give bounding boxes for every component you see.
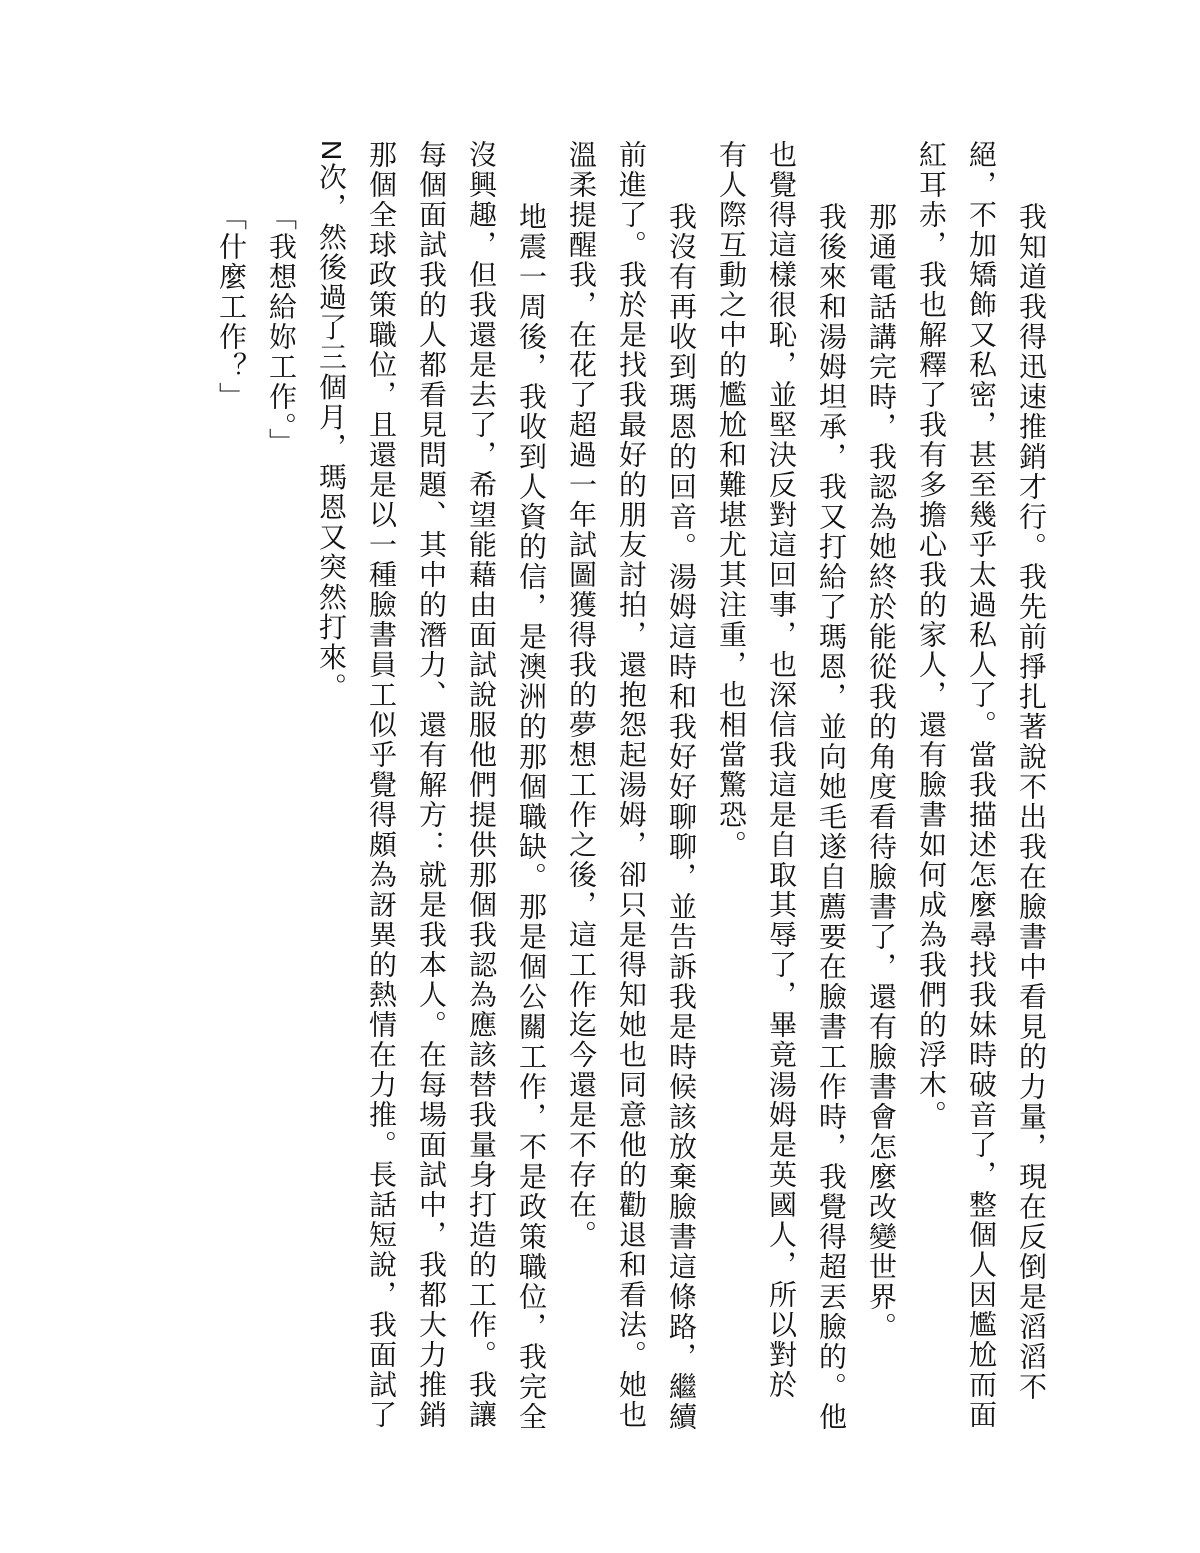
text-column: 「什麼工作？」 <box>206 140 256 1450</box>
text-column: 我知道我得迅速推銷才行。我先前掙扎著說不出我在臉書中看見的力量，現在反倒是滔滔不 <box>1006 140 1056 1450</box>
text-column: 也覺得這樣很恥，並堅決反對這回事，也深信我這是自取其辱了，畢竟湯姆是英國人，所以… <box>756 140 806 1450</box>
book-page: 我知道我得迅速推銷才行。我先前掙扎著說不出我在臉書中看見的力量，現在反倒是滔滔不… <box>0 0 1200 1553</box>
text-column: 我沒有再收到瑪恩的回音。湯姆這時和我好好聊聊，並告訴我是時候該放棄臉書這條路，繼… <box>656 140 706 1450</box>
page-text: 我知道我得迅速推銷才行。我先前掙扎著說不出我在臉書中看見的力量，現在反倒是滔滔不… <box>206 140 1056 1450</box>
text-column: 前進了。我於是找我最好的朋友討拍，還抱怨起湯姆，卻只是得知她也同意他的勸退和看法… <box>606 140 656 1450</box>
text-column: 每個面試我的人都看見問題、其中的潛力、還有解方：就是我本人。在每場面試中，我都大… <box>406 140 456 1450</box>
text-column: 紅耳赤，我也解釋了我有多擔心我的家人，還有臉書如何成為我們的浮木。 <box>906 140 956 1450</box>
text-column: 絕，不加矯飾又私密，甚至幾乎太過私人了。當我描述怎麼尋找我妹時破音了，整個人因尷… <box>956 140 1006 1450</box>
text-column: 「我想給妳工作。」 <box>256 140 306 1450</box>
text-column: 那個全球政策職位，且還是以一種臉書員工似乎覺得頗為訝異的熱情在力推。長話短說，我… <box>356 140 406 1450</box>
text-column: 地震一周後，我收到人資的信，是澳洲的那個職缺。那是個公關工作，不是政策職位，我完… <box>506 140 556 1450</box>
text-column: 沒興趣，但我還是去了，希望能藉由面試說服他們提供那個我認為應該替我量身打造的工作… <box>456 140 506 1450</box>
text-column: N次，然後過了三個月，瑪恩又突然打來。 <box>306 140 356 1450</box>
text-column: 溫柔提醒我，在花了超過一年試圖獲得我的夢想工作之後，這工作迄今還是不存在。 <box>556 140 606 1450</box>
text-column: 那通電話講完時，我認為她終於能從我的角度看待臉書了，還有臉書會怎麼改變世界。 <box>856 140 906 1450</box>
text-column: 有人際互動之中的尷尬和難堪尤其注重，也相當驚恐。 <box>706 140 756 1450</box>
text-column: 我後來和湯姆坦承，我又打給了瑪恩，並向她毛遂自薦要在臉書工作時，我覺得超丟臉的。… <box>806 140 856 1450</box>
